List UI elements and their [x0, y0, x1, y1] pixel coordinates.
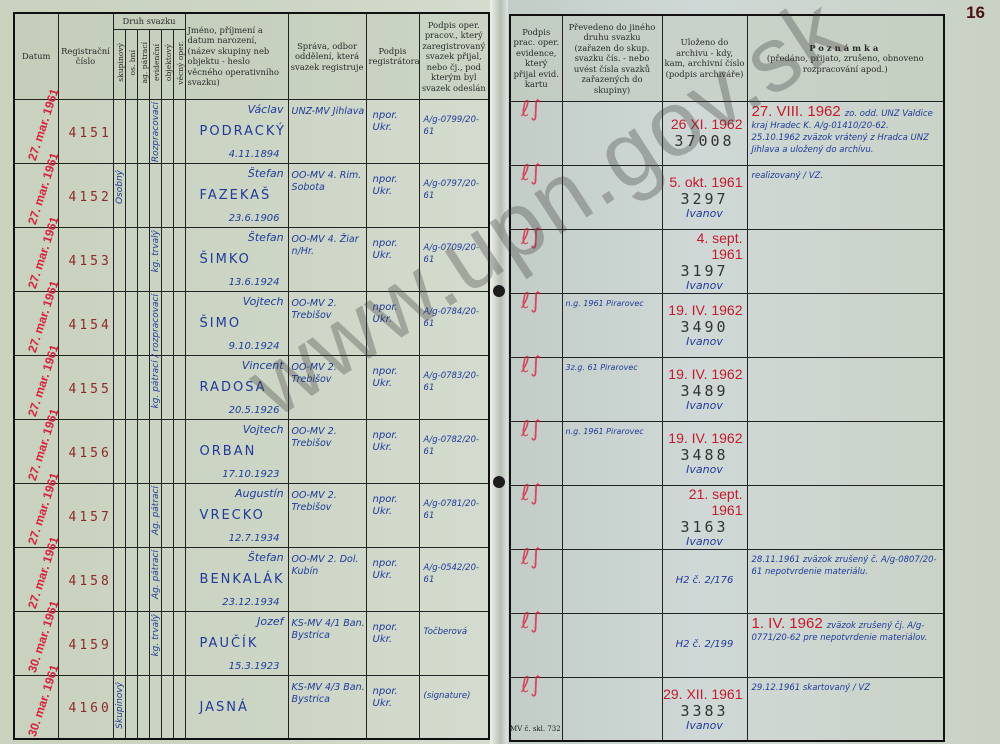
registry-row-right: ℓ∫ H2 č. 2/176 28.11.1961 zväzok zrušený…: [510, 549, 944, 613]
header-podpis-registratora: Podpis registrátora: [366, 13, 419, 99]
transfer-note: n.g. 1961 Pirarovec: [566, 298, 644, 310]
cell-sprava: KS-MV 4/3 Ban. Bystrica: [288, 675, 366, 739]
registry-row-left: 27. mar. 1961 4152 Osobný Štefan FAZEKAŠ…: [14, 163, 489, 227]
cell-prevedeno: [562, 229, 662, 293]
cell-prevedeno: [562, 677, 662, 741]
cell-druh-6: [173, 163, 185, 227]
header-sprava: Správa, odbor oddělení, která svazek reg…: [288, 13, 366, 99]
archivist-signature: Ivanov: [663, 536, 747, 548]
reg-number: 4154: [59, 318, 112, 333]
header-druh-evidencni: evidenční: [149, 29, 161, 99]
cell-jmeno: Vojtech ŠIMO 9.10.1924: [185, 291, 288, 355]
cell-druh-4: kg. trvalý: [149, 227, 161, 291]
date-of-birth: 12.7.1934: [229, 533, 280, 545]
registering-unit: OO-MV 2. Trebišov: [292, 490, 366, 514]
surname: PAUČÍK: [200, 638, 259, 650]
cell-druh-1: [113, 291, 125, 355]
cell-podpis-registratora: npor. Ukr.: [366, 227, 419, 291]
header-druh-patraci: ag. pátrací: [137, 29, 149, 99]
remark: 28.11.1961 zväzok zrušený č. A/g-0807/20…: [752, 554, 940, 578]
reg-number: 4158: [59, 574, 112, 589]
cell-sprava: OO-MV 4. Rim. Sobota: [288, 163, 366, 227]
registry-row-left: 27. mar. 1961 4151 Rozpracovací Václav P…: [14, 99, 489, 163]
cell-druh-3: [137, 99, 149, 163]
cell-druh-6: [173, 227, 185, 291]
cell-druh-3: [137, 291, 149, 355]
cell-sprava: KS-MV 4/1 Ban. Bystrica: [288, 611, 366, 675]
cell-ulozeno: 19. IV. 1962 3488 Ivanov: [662, 421, 747, 485]
given-name: Štefan: [248, 552, 284, 564]
archivist-signature: Ivanov: [663, 464, 747, 476]
date-of-birth: 20.5.1926: [229, 405, 280, 417]
cell-jmeno: JASNÁ: [185, 675, 288, 739]
archive-number: 3163: [663, 518, 747, 536]
transfer-note: n.g. 1961 Pirarovec: [566, 426, 644, 438]
given-name: Vojtech: [243, 424, 284, 436]
cell-druh-3: [137, 483, 149, 547]
vertical-note: Ag. pátrací: [150, 550, 162, 599]
archive-date-stamp: 19. IV. 1962: [663, 302, 747, 318]
cell-druh-1: [113, 355, 125, 419]
cell-prevedeno: [562, 165, 662, 229]
cell-jmeno: Vincent RADOSA 20.5.1926: [185, 355, 288, 419]
cell-druh-6: [173, 675, 185, 739]
archive-reference: H2 č. 2/199: [663, 639, 747, 651]
cell-reg-cislo: 4152: [58, 163, 113, 227]
archivist-signature: Ivanov: [663, 336, 747, 348]
cell-reg-cislo: 4153: [58, 227, 113, 291]
cell-prevedeno: [562, 485, 662, 549]
cell-druh-4: kg. pátrací / rozpracovací: [149, 291, 161, 355]
binding-hole-icon: [493, 285, 505, 297]
registering-unit: OO-MV 2. Trebišov: [292, 426, 366, 450]
cell-reg-cislo: 4157: [58, 483, 113, 547]
cell-sprava: OO-MV 2. Trebišov: [288, 291, 366, 355]
cell-podpis-registratora: npor. Ukr.: [366, 483, 419, 547]
cell-druh-2: [125, 547, 137, 611]
reg-number: 4159: [59, 638, 112, 653]
cell-druh-1: Skupinový: [113, 675, 125, 739]
surname: ŠIMO: [200, 318, 242, 330]
surname: FAZEKAŠ: [200, 190, 272, 202]
cell-podpis-evid: ℓ∫: [510, 293, 562, 357]
cell-prevedeno: 3z.g. 61 Pirarovec: [562, 357, 662, 421]
cell-druh-5: [161, 227, 173, 291]
reg-number: 4155: [59, 382, 112, 397]
cell-poznamka: 28.11.1961 zväzok zrušený č. A/g-0807/20…: [747, 549, 944, 613]
surname: VRECKO: [200, 510, 265, 522]
cell-poznamka: [747, 485, 944, 549]
cell-druh-2: [125, 227, 137, 291]
cell-ulozeno: H2 č. 2/199: [662, 613, 747, 677]
date-of-birth: 23.6.1906: [229, 213, 280, 225]
given-name: Václav: [248, 104, 284, 116]
cell-podpis-oper: A/g-0782/20-61: [419, 419, 489, 483]
red-signature-scrawl: ℓ∫: [521, 294, 551, 357]
remark-text: 28.11.1961 zväzok zrušený č. A/g-0807/20…: [752, 555, 937, 577]
registrar-signature: npor. Ukr.: [373, 686, 419, 710]
cell-podpis-registratora: npor. Ukr.: [366, 99, 419, 163]
registry-table-left: Datum Registrační číslo Druh svazku Jmén…: [13, 12, 490, 740]
cell-druh-3: [137, 163, 149, 227]
cell-druh-5: [161, 99, 173, 163]
cell-podpis-evid: ℓ∫: [510, 421, 562, 485]
cell-druh-2: [125, 355, 137, 419]
cell-druh-4: [149, 675, 161, 739]
cell-druh-4: [149, 419, 161, 483]
cell-jmeno: Augustín VRECKO 12.7.1934: [185, 483, 288, 547]
archive-date-stamp: 19. IV. 1962: [663, 366, 747, 382]
header-podpis-oper: Podpis oper. pracov., který zaregistrova…: [419, 13, 489, 99]
cell-poznamka: [747, 421, 944, 485]
archive-number: 3297: [663, 190, 747, 208]
archivist-signature: Ivanov: [663, 280, 747, 292]
reg-number: 4153: [59, 254, 112, 269]
archivist-signature: Ivanov: [663, 208, 747, 220]
remark-text: realizovaný / VZ.: [752, 171, 824, 181]
surname: JASNÁ: [200, 702, 249, 714]
registry-row-left: 27. mar. 1961 4155 Vincent RADOSA 20.5.1…: [14, 355, 489, 419]
cell-reg-cislo: 4151: [58, 99, 113, 163]
given-name: Vojtech: [243, 296, 284, 308]
cell-ulozeno: 29. XII. 1961 3383 Ivanov: [662, 677, 747, 741]
operative-reference: (signature): [424, 690, 471, 702]
cell-prevedeno: n.g. 1961 Pirarovec: [562, 421, 662, 485]
cell-sprava: OO-MV 2. Trebišov: [288, 419, 366, 483]
cell-podpis-evid: ℓ∫: [510, 101, 562, 165]
cell-druh-5: [161, 547, 173, 611]
druh-mark: Osobný: [114, 170, 126, 204]
cell-druh-3: [137, 547, 149, 611]
cell-podpis-registratora: npor. Ukr.: [366, 419, 419, 483]
archive-number: 3383: [663, 702, 747, 720]
header-druh-skupinovy: skupinový: [113, 29, 125, 99]
registering-unit: OO-MV 2. Trebišov: [292, 362, 366, 386]
cell-podpis-oper: (signature): [419, 675, 489, 739]
binding-gutter: [490, 0, 508, 744]
registering-unit: KS-MV 4/3 Ban. Bystrica: [292, 682, 366, 706]
registrar-signature: npor. Ukr.: [373, 430, 419, 454]
registering-unit: OO-MV 2. Trebišov: [292, 298, 366, 322]
cell-poznamka: realizovaný / VZ.: [747, 165, 944, 229]
registering-unit: OO-MV 4. Rim. Sobota: [292, 170, 366, 194]
cell-podpis-evid: ℓ∫: [510, 357, 562, 421]
cell-prevedeno: [562, 549, 662, 613]
cell-prevedeno: [562, 101, 662, 165]
archive-date-stamp: 5. okt. 1961: [663, 174, 747, 190]
cell-podpis-oper: A/g-0542/20-61: [419, 547, 489, 611]
header-prevedeno: Převedeno do jiného druhu svazku (zařaze…: [562, 15, 662, 101]
registrar-signature: npor. Ukr.: [373, 238, 419, 262]
cell-druh-1: [113, 227, 125, 291]
reg-number: 4160: [59, 701, 112, 716]
archive-date-stamp: 19. IV. 1962: [663, 430, 747, 446]
header-druh-svazku: Druh svazku: [113, 13, 185, 29]
given-name: Jozef: [257, 616, 283, 628]
cell-jmeno: Štefan ŠIMKO 13.6.1924: [185, 227, 288, 291]
remark: realizovaný / VZ.: [752, 170, 940, 182]
header-druh-objektovy: objektový: [161, 29, 173, 99]
operative-reference: Točberová: [424, 626, 468, 638]
cell-druh-6: [173, 547, 185, 611]
reg-number: 4152: [59, 190, 112, 205]
operative-reference: A/g-0781/20-61: [424, 498, 489, 522]
cell-druh-3: [137, 611, 149, 675]
cell-sprava: OO-MV 2. Trebišov: [288, 483, 366, 547]
registering-unit: UNZ-MV Jihlava: [292, 106, 365, 118]
cell-druh-4: Ag. pátrací: [149, 483, 161, 547]
cell-podpis-oper: A/g-0781/20-61: [419, 483, 489, 547]
archivist-signature: Ivanov: [663, 400, 747, 412]
archive-number: 3489: [663, 382, 747, 400]
cell-podpis-oper: A/g-0783/20-61: [419, 355, 489, 419]
cell-druh-1: [113, 611, 125, 675]
cell-podpis-registratora: npor. Ukr.: [366, 611, 419, 675]
cell-datum: 30. mar. 1961: [14, 675, 58, 739]
druh-mark: Skupinový: [114, 682, 126, 729]
registrar-signature: npor. Ukr.: [373, 302, 419, 326]
registry-row-right: ℓ∫ 29. XII. 1961 3383 Ivanov 29.12.1961 …: [510, 677, 944, 741]
cell-ulozeno: 26 XI. 1962 37008: [662, 101, 747, 165]
operative-reference: A/g-0797/20-61: [424, 178, 489, 202]
cell-druh-6: [173, 99, 185, 163]
header-podpis-evid: Podpis prac. oper. evidence, který přija…: [510, 15, 562, 101]
registry-row-left: 27. mar. 1961 4154 kg. pátrací / rozprac…: [14, 291, 489, 355]
cell-reg-cislo: 4160: [58, 675, 113, 739]
cell-ulozeno: 4. sept. 1961 3197 Ivanov: [662, 229, 747, 293]
cell-druh-5: [161, 291, 173, 355]
cell-reg-cislo: 4155: [58, 355, 113, 419]
cell-druh-3: [137, 419, 149, 483]
registry-row-right: ℓ∫ H2 č. 2/199 1. IV. 1962zväzok zrušený…: [510, 613, 944, 677]
cell-druh-6: [173, 355, 185, 419]
archive-number: 3490: [663, 318, 747, 336]
cell-poznamka: [747, 357, 944, 421]
reg-number: 4157: [59, 510, 112, 525]
cell-druh-4: [149, 163, 161, 227]
registry-row-right: ℓ∫ n.g. 1961 Pirarovec 19. IV. 1962 3488…: [510, 421, 944, 485]
date-of-birth: 4.11.1894: [229, 149, 280, 161]
given-name: Štefan: [248, 168, 284, 180]
cell-ulozeno: 19. IV. 1962 3489 Ivanov: [662, 357, 747, 421]
cell-jmeno: Václav PODRACKÝ 4.11.1894: [185, 99, 288, 163]
cell-podpis-evid: ℓ∫: [510, 165, 562, 229]
cell-druh-1: Osobný: [113, 163, 125, 227]
operative-reference: A/g-0542/20-61: [424, 562, 489, 586]
vertical-note: Ag. pátrací: [150, 486, 162, 535]
cell-druh-4: Ag. pátrací: [149, 547, 161, 611]
cell-poznamka: 1. IV. 1962zväzok zrušený čj. A/g-0771/2…: [747, 613, 944, 677]
registry-row-right: ℓ∫ 5. okt. 1961 3297 Ivanov realizovaný …: [510, 165, 944, 229]
cell-druh-2: [125, 291, 137, 355]
cell-druh-6: [173, 291, 185, 355]
given-name: Augustín: [235, 488, 284, 500]
transfer-note: 3z.g. 61 Pirarovec: [566, 362, 638, 374]
cell-sprava: UNZ-MV Jihlava: [288, 99, 366, 163]
registrar-signature: npor. Ukr.: [373, 366, 419, 390]
cell-druh-5: [161, 483, 173, 547]
cell-ulozeno: H2 č. 2/176: [662, 549, 747, 613]
registry-row-right: ℓ∫ 4. sept. 1961 3197 Ivanov: [510, 229, 944, 293]
registry-row-left: 27. mar. 1961 4157 Ag. pátrací Augustín …: [14, 483, 489, 547]
registry-row-right: ℓ∫ 3z.g. 61 Pirarovec 19. IV. 1962 3489 …: [510, 357, 944, 421]
archive-date-stamp: 26 XI. 1962: [663, 116, 747, 132]
red-signature-scrawl: ℓ∫: [521, 422, 551, 485]
operative-reference: A/g-0799/20-61: [424, 114, 489, 138]
remark: 29.12.1961 skartovaný / VZ: [752, 682, 940, 694]
cell-druh-2: [125, 675, 137, 739]
registry-table-right: Podpis prac. oper. evidence, který přija…: [509, 14, 945, 742]
surname: ORBAN: [200, 446, 257, 458]
cell-podpis-oper: Točberová: [419, 611, 489, 675]
cell-druh-4: kg. trvalý: [149, 611, 161, 675]
cell-sprava: OO-MV 2. Trebišov: [288, 355, 366, 419]
cell-poznamka: 27. VIII. 1962zo. odd. UNZ Valdice kraj …: [747, 101, 944, 165]
cell-druh-5: [161, 163, 173, 227]
cell-podpis-oper: A/g-0799/20-61: [419, 99, 489, 163]
cell-jmeno: Štefan FAZEKAŠ 23.6.1906: [185, 163, 288, 227]
header-poznamka: Poznámka (předáno, přijato, zrušeno, obn…: [747, 15, 944, 101]
surname: RADOSA: [200, 382, 267, 394]
binding-hole-icon: [493, 476, 505, 488]
archive-number: 3488: [663, 446, 747, 464]
registering-unit: KS-MV 4/1 Ban. Bystrica: [292, 618, 366, 642]
reg-number: 4151: [59, 126, 112, 141]
cell-sprava: OO-MV 4. Žiar n/Hr.: [288, 227, 366, 291]
registry-row-left: 27. mar. 1961 4158 Ag. pátrací Štefan BE…: [14, 547, 489, 611]
surname: ŠIMKO: [200, 254, 251, 266]
cell-prevedeno: [562, 613, 662, 677]
cell-druh-5: [161, 611, 173, 675]
archive-reference: H2 č. 2/176: [663, 575, 747, 587]
registry-row-right: ℓ∫ n.g. 1961 Pirarovec 19. IV. 1962 3490…: [510, 293, 944, 357]
cell-druh-2: [125, 419, 137, 483]
operative-reference: A/g-0784/20-61: [424, 306, 489, 330]
header-druh-osobni: os. bní: [125, 29, 137, 99]
registering-unit: OO-MV 4. Žiar n/Hr.: [292, 234, 366, 258]
red-signature-scrawl: ℓ∫: [521, 550, 551, 613]
cell-podpis-registratora: npor. Ukr.: [366, 355, 419, 419]
cell-podpis-evid: ℓ∫: [510, 613, 562, 677]
registry-row-left: 27. mar. 1961 4153 kg. trvalý Štefan ŠIM…: [14, 227, 489, 291]
cell-podpis-oper: A/g-0797/20-61: [419, 163, 489, 227]
surname: PODRACKÝ: [200, 126, 286, 138]
registry-row-right: ℓ∫ 26 XI. 1962 37008 27. VIII. 1962zo. o…: [510, 101, 944, 165]
cell-druh-2: [125, 483, 137, 547]
ledger-spread: Datum Registrační číslo Druh svazku Jmén…: [0, 0, 1000, 744]
reg-number: 4156: [59, 446, 112, 461]
registry-row-left: 27. mar. 1961 4156 Vojtech ORBAN 17.10.1…: [14, 419, 489, 483]
registrar-signature: npor. Ukr.: [373, 558, 419, 582]
cell-druh-5: [161, 675, 173, 739]
cell-druh-2: [125, 611, 137, 675]
cell-druh-3: [137, 355, 149, 419]
cell-podpis-registratora: npor. Ukr.: [366, 547, 419, 611]
header-registracni-cislo: Registrační číslo: [58, 13, 113, 99]
registrar-signature: npor. Ukr.: [373, 174, 419, 198]
cell-druh-6: [173, 611, 185, 675]
cell-podpis-oper: A/g-0784/20-61: [419, 291, 489, 355]
remark-stamp: 1. IV. 1962: [752, 615, 823, 632]
header-datum: Datum: [14, 13, 58, 99]
remark-text: 29.12.1961 skartovaný / VZ: [752, 683, 871, 693]
given-name: Vincent: [242, 360, 284, 372]
cell-druh-3: [137, 675, 149, 739]
cell-druh-4: Rozpracovací: [149, 99, 161, 163]
given-name: Štefan: [248, 232, 284, 244]
operative-reference: A/g-0709/20-61: [424, 242, 489, 266]
cell-druh-6: [173, 483, 185, 547]
header-druh-vecny: věcný oper.: [173, 29, 185, 99]
cell-reg-cislo: 4156: [58, 419, 113, 483]
cell-ulozeno: 19. IV. 1962 3490 Ivanov: [662, 293, 747, 357]
cell-druh-5: [161, 355, 173, 419]
cell-podpis-registratora: npor. Ukr.: [366, 291, 419, 355]
cell-reg-cislo: 4159: [58, 611, 113, 675]
cell-reg-cislo: 4154: [58, 291, 113, 355]
cell-druh-1: [113, 419, 125, 483]
cell-jmeno: Štefan BENKALÁK 23.12.1934: [185, 547, 288, 611]
cell-podpis-registratora: npor. Ukr.: [366, 675, 419, 739]
red-signature-scrawl: ℓ∫: [521, 102, 551, 165]
cell-druh-3: [137, 227, 149, 291]
vertical-note: kg. trvalý: [150, 230, 162, 273]
archive-number: 3197: [663, 262, 747, 280]
date-of-birth: 23.12.1934: [222, 597, 279, 609]
red-signature-scrawl: ℓ∫: [521, 358, 551, 421]
archive-date-stamp: 4. sept. 1961: [663, 230, 747, 262]
cell-sprava: OO-MV 2. Dol. Kubín: [288, 547, 366, 611]
header-jmeno: Jméno, příjmení a datum narození, (název…: [185, 13, 288, 99]
cell-druh-4: [149, 355, 161, 419]
operative-reference: A/g-0782/20-61: [424, 434, 489, 458]
archive-date-stamp: 29. XII. 1961: [663, 686, 747, 702]
registering-unit: OO-MV 2. Dol. Kubín: [292, 554, 366, 578]
date-of-birth: 17.10.1923: [222, 469, 279, 481]
vertical-note: kg. trvalý: [150, 614, 162, 657]
remark-stamp: 27. VIII. 1962: [752, 103, 841, 120]
registrar-signature: npor. Ukr.: [373, 494, 419, 518]
cell-podpis-registratora: npor. Ukr.: [366, 163, 419, 227]
poznamka-title: Poznámka: [750, 43, 942, 54]
date-of-birth: 15.3.1923: [229, 661, 280, 673]
cell-druh-5: [161, 419, 173, 483]
cell-podpis-evid: ℓ∫: [510, 549, 562, 613]
cell-podpis-oper: A/g-0709/20-61: [419, 227, 489, 291]
red-signature-scrawl: ℓ∫: [521, 230, 551, 293]
cell-druh-1: [113, 547, 125, 611]
cell-ulozeno: 5. okt. 1961 3297 Ivanov: [662, 165, 747, 229]
red-signature-scrawl: ℓ∫: [521, 486, 551, 549]
cell-druh-1: [113, 483, 125, 547]
cell-podpis-evid: ℓ∫: [510, 229, 562, 293]
surname: BENKALÁK: [200, 574, 285, 586]
cell-poznamka: 29.12.1961 skartovaný / VZ: [747, 677, 944, 741]
cell-jmeno: Vojtech ORBAN 17.10.1923: [185, 419, 288, 483]
poznamka-subtitle: (předáno, přijato, zrušeno, obnoveno roz…: [750, 53, 942, 74]
operative-reference: A/g-0783/20-61: [424, 370, 489, 394]
cell-podpis-evid: ℓ∫: [510, 485, 562, 549]
date-of-birth: 9.10.1924: [229, 341, 280, 353]
registry-row-left: 30. mar. 1961 4159 kg. trvalý Jozef PAUČ…: [14, 611, 489, 675]
page-number: 16: [966, 3, 985, 23]
cell-poznamka: [747, 293, 944, 357]
registrar-signature: npor. Ukr.: [373, 622, 419, 646]
vertical-note: Rozpracovací: [150, 102, 162, 162]
archive-number: 37008: [663, 132, 747, 150]
registry-row-left: 30. mar. 1961 4160 Skupinový JASNÁ KS-MV…: [14, 675, 489, 739]
cell-ulozeno: 21. sept. 1961 3163 Ivanov: [662, 485, 747, 549]
